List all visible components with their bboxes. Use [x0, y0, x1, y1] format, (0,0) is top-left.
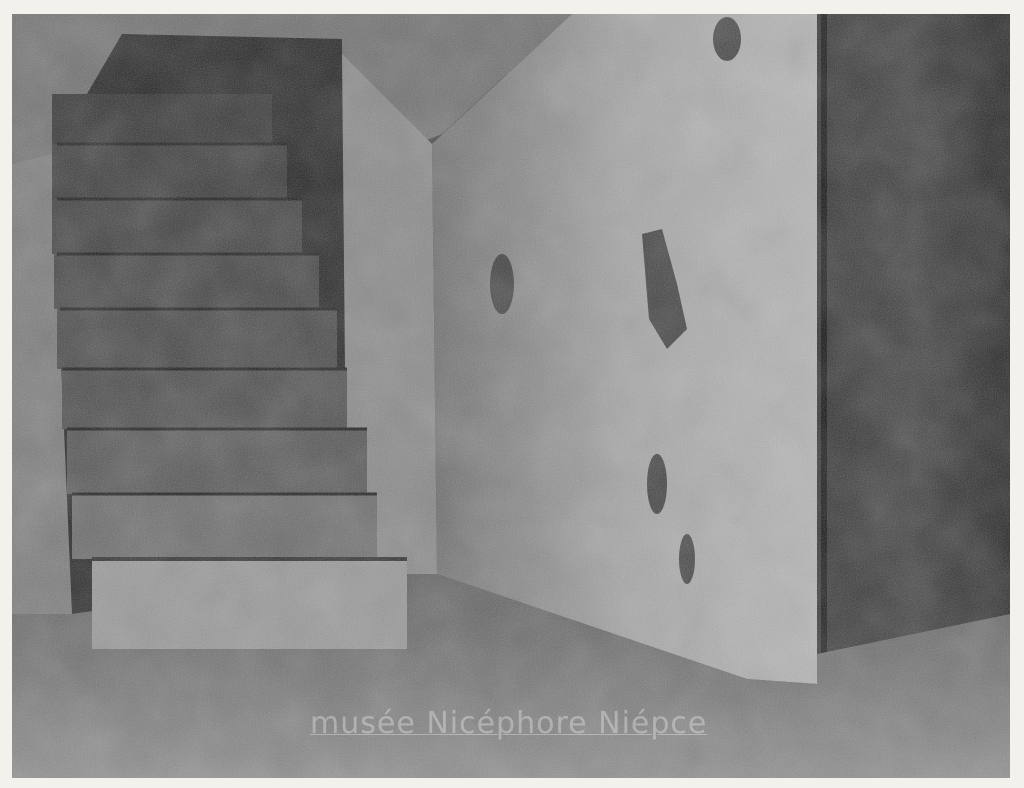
cellar-scene: [12, 14, 1010, 778]
watermark: musée Nicéphore Niépce: [310, 706, 707, 741]
photograph: [12, 14, 1010, 778]
